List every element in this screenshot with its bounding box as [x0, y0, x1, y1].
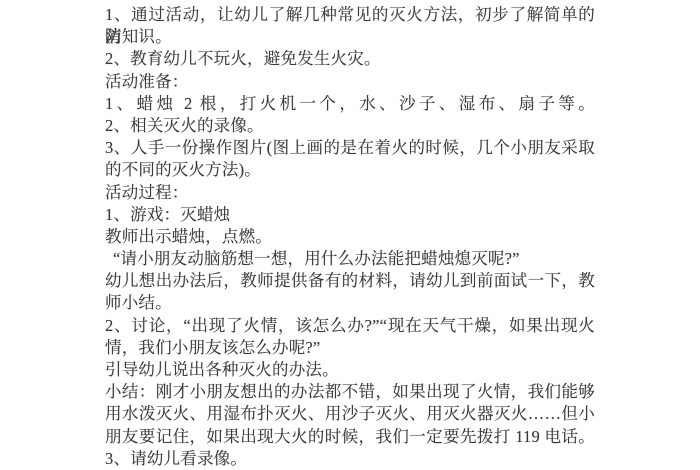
text-line: 的不同的灭火方法)。 — [105, 159, 595, 181]
text-line: 教师出示蜡烛，点燃。 — [105, 226, 595, 248]
text-line: 师小结。 — [105, 292, 595, 314]
text-line: 小结：刚才小朋友想出的办法都不错，如果出现了火情，我们能够 — [105, 381, 595, 403]
text-line: 3、请幼儿看录像。 — [105, 448, 595, 470]
text-line: 2、相关灭火的录像。 — [105, 115, 595, 137]
document-page: 1、通过活动，让幼儿了解几种常见的灭火方法，初步了解简单的消 防知识。 2、教育… — [0, 0, 700, 470]
text-line: 1、蜡烛 2 根，打火机一个，水、沙子、湿布、扇子等。 — [105, 93, 595, 115]
text-line: 用水泼灭火、用湿布扑灭火、用沙子灭火、用灭火器灭火……但小 — [105, 403, 595, 425]
text-line: 1、游戏：灭蜡烛 — [105, 204, 595, 226]
section-heading: 活动过程： — [105, 182, 595, 204]
text-line: 幼儿想出办法后，教师提供备有的材料，请幼儿到前面试一下，教 — [105, 270, 595, 292]
lesson-plan-textblock: 1、通过活动，让幼儿了解几种常见的灭火方法，初步了解简单的消 防知识。 2、教育… — [105, 4, 595, 470]
text-line: 1、通过活动，让幼儿了解几种常见的灭火方法，初步了解简单的消 — [105, 4, 595, 26]
text-line: 2、教育幼儿不玩火，避免发生火灾。 — [105, 48, 595, 70]
section-heading: 活动准备： — [105, 71, 595, 93]
text-line: 防知识。 — [105, 26, 595, 48]
text-line: 情，我们小朋友该怎么办呢?” — [105, 337, 595, 359]
text-line: 3、人手一份操作图片(图上画的是在着火的时候，几个小朋友采取 — [105, 137, 595, 159]
quoted-text-line: “请小朋友动脑筋想一想，用什么办法能把蜡烛熄灭呢?” — [105, 248, 595, 270]
text-line: 朋友要记住，如果出现大火的时候，我们一定要先拨打 119 电话。 — [105, 426, 595, 448]
text-line: 引导幼儿说出各种灭火的办法。 — [105, 359, 595, 381]
text-line: 2、讨论，“出现了火情，该怎么办?”“现在天气干燥，如果出现火 — [105, 315, 595, 337]
